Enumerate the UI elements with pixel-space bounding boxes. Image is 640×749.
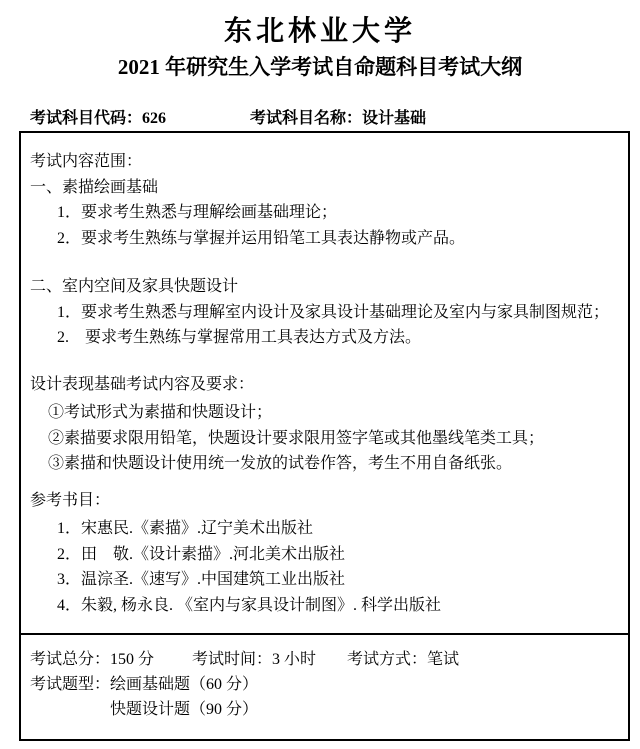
total-score-label: 考试总分： — [30, 651, 110, 668]
question-type-value-2: 快题设计题（90 分） — [110, 701, 258, 718]
requirement-item-1: ①考试形式为素描和快题设计； — [30, 400, 618, 426]
exam-summary-section: 考试总分：150 分考试时间：3 小时考试方式：笔试 考试题型：绘画基础题（60… — [21, 633, 628, 739]
exam-mode-label: 考试方式： — [347, 651, 427, 668]
reference-item-2: 2．田 敬.《设计素描》.河北美术出版社 — [30, 542, 618, 568]
page-title: 东北林业大学 — [0, 16, 640, 48]
section-1-item-1: 1．要求考生熟悉与理解绘画基础理论； — [30, 200, 618, 226]
requirement-item-2: ②素描要求限用铅笔，快题设计要求限用签字笔或其他墨线笔类工具； — [30, 426, 618, 452]
reference-item-4: 4．朱毅, 杨永良. 《室内与家具设计制图》. 科学出版社 — [30, 593, 618, 619]
references-heading: 参考书目： — [30, 488, 618, 514]
subject-code-value: 626 — [142, 110, 166, 127]
subject-code-label: 考试科目代码： — [30, 110, 142, 127]
section-2-item-2: 2. 要求考生熟练与掌握常用工具表达方式及方法。 — [30, 325, 618, 351]
subject-row: 考试科目代码：626考试科目名称：设计基础 — [30, 108, 640, 130]
section-2-item-1: 1．要求考生熟悉与理解室内设计及家具设计基础理论及室内与家具制图规范； — [30, 300, 618, 326]
exam-time-label: 考试时间： — [192, 651, 272, 668]
subject-code-group: 考试科目代码：626 — [30, 108, 250, 130]
content-scope-heading: 考试内容范围： — [30, 149, 618, 175]
question-type-value-1: 绘画基础题（60 分） — [110, 676, 258, 693]
exam-content-section: 考试内容范围： 一、素描绘画基础 1．要求考生熟悉与理解绘画基础理论； 2．要求… — [21, 133, 628, 635]
page-subtitle: 2021 年研究生入学考试自命题科目考试大纲 — [0, 54, 640, 80]
summary-line-1: 考试总分：150 分考试时间：3 小时考试方式：笔试 — [30, 647, 618, 672]
reference-item-1: 1．宋惠民.《素描》.辽宁美术出版社 — [30, 516, 618, 542]
exam-time-group: 考试时间：3 小时 — [192, 647, 347, 672]
total-score-value: 150 分 — [110, 651, 154, 668]
subject-name-label: 考试科目名称： — [250, 110, 362, 127]
subject-name-group: 考试科目名称：设计基础 — [250, 108, 426, 130]
exam-mode-group: 考试方式：笔试 — [347, 647, 459, 672]
reference-item-3: 3．温淙圣.《速写》.中国建筑工业出版社 — [30, 567, 618, 593]
requirement-item-3: ③素描和快题设计使用统一发放的试卷作答，考生不用自备纸张。 — [30, 451, 618, 477]
requirements-heading: 设计表现基础考试内容及要求： — [30, 372, 618, 398]
section-2-heading: 二、室内空间及家具快题设计 — [30, 274, 618, 300]
exam-mode-value: 笔试 — [427, 651, 459, 668]
total-score-group: 考试总分：150 分 — [30, 647, 192, 672]
subject-name-value: 设计基础 — [362, 110, 426, 127]
document-page: 东北林业大学 2021 年研究生入学考试自命题科目考试大纲 考试科目代码：626… — [0, 0, 640, 749]
summary-line-3: 快题设计题（90 分） — [30, 697, 618, 722]
summary-line-2: 考试题型：绘画基础题（60 分） — [30, 672, 618, 697]
content-box: 考试内容范围： 一、素描绘画基础 1．要求考生熟悉与理解绘画基础理论； 2．要求… — [19, 131, 630, 741]
section-1-heading: 一、素描绘画基础 — [30, 175, 618, 201]
question-type-label: 考试题型： — [30, 676, 110, 693]
exam-time-value: 3 小时 — [272, 651, 316, 668]
section-1-item-2: 2．要求考生熟练与掌握并运用铅笔工具表达静物或产品。 — [30, 226, 618, 252]
